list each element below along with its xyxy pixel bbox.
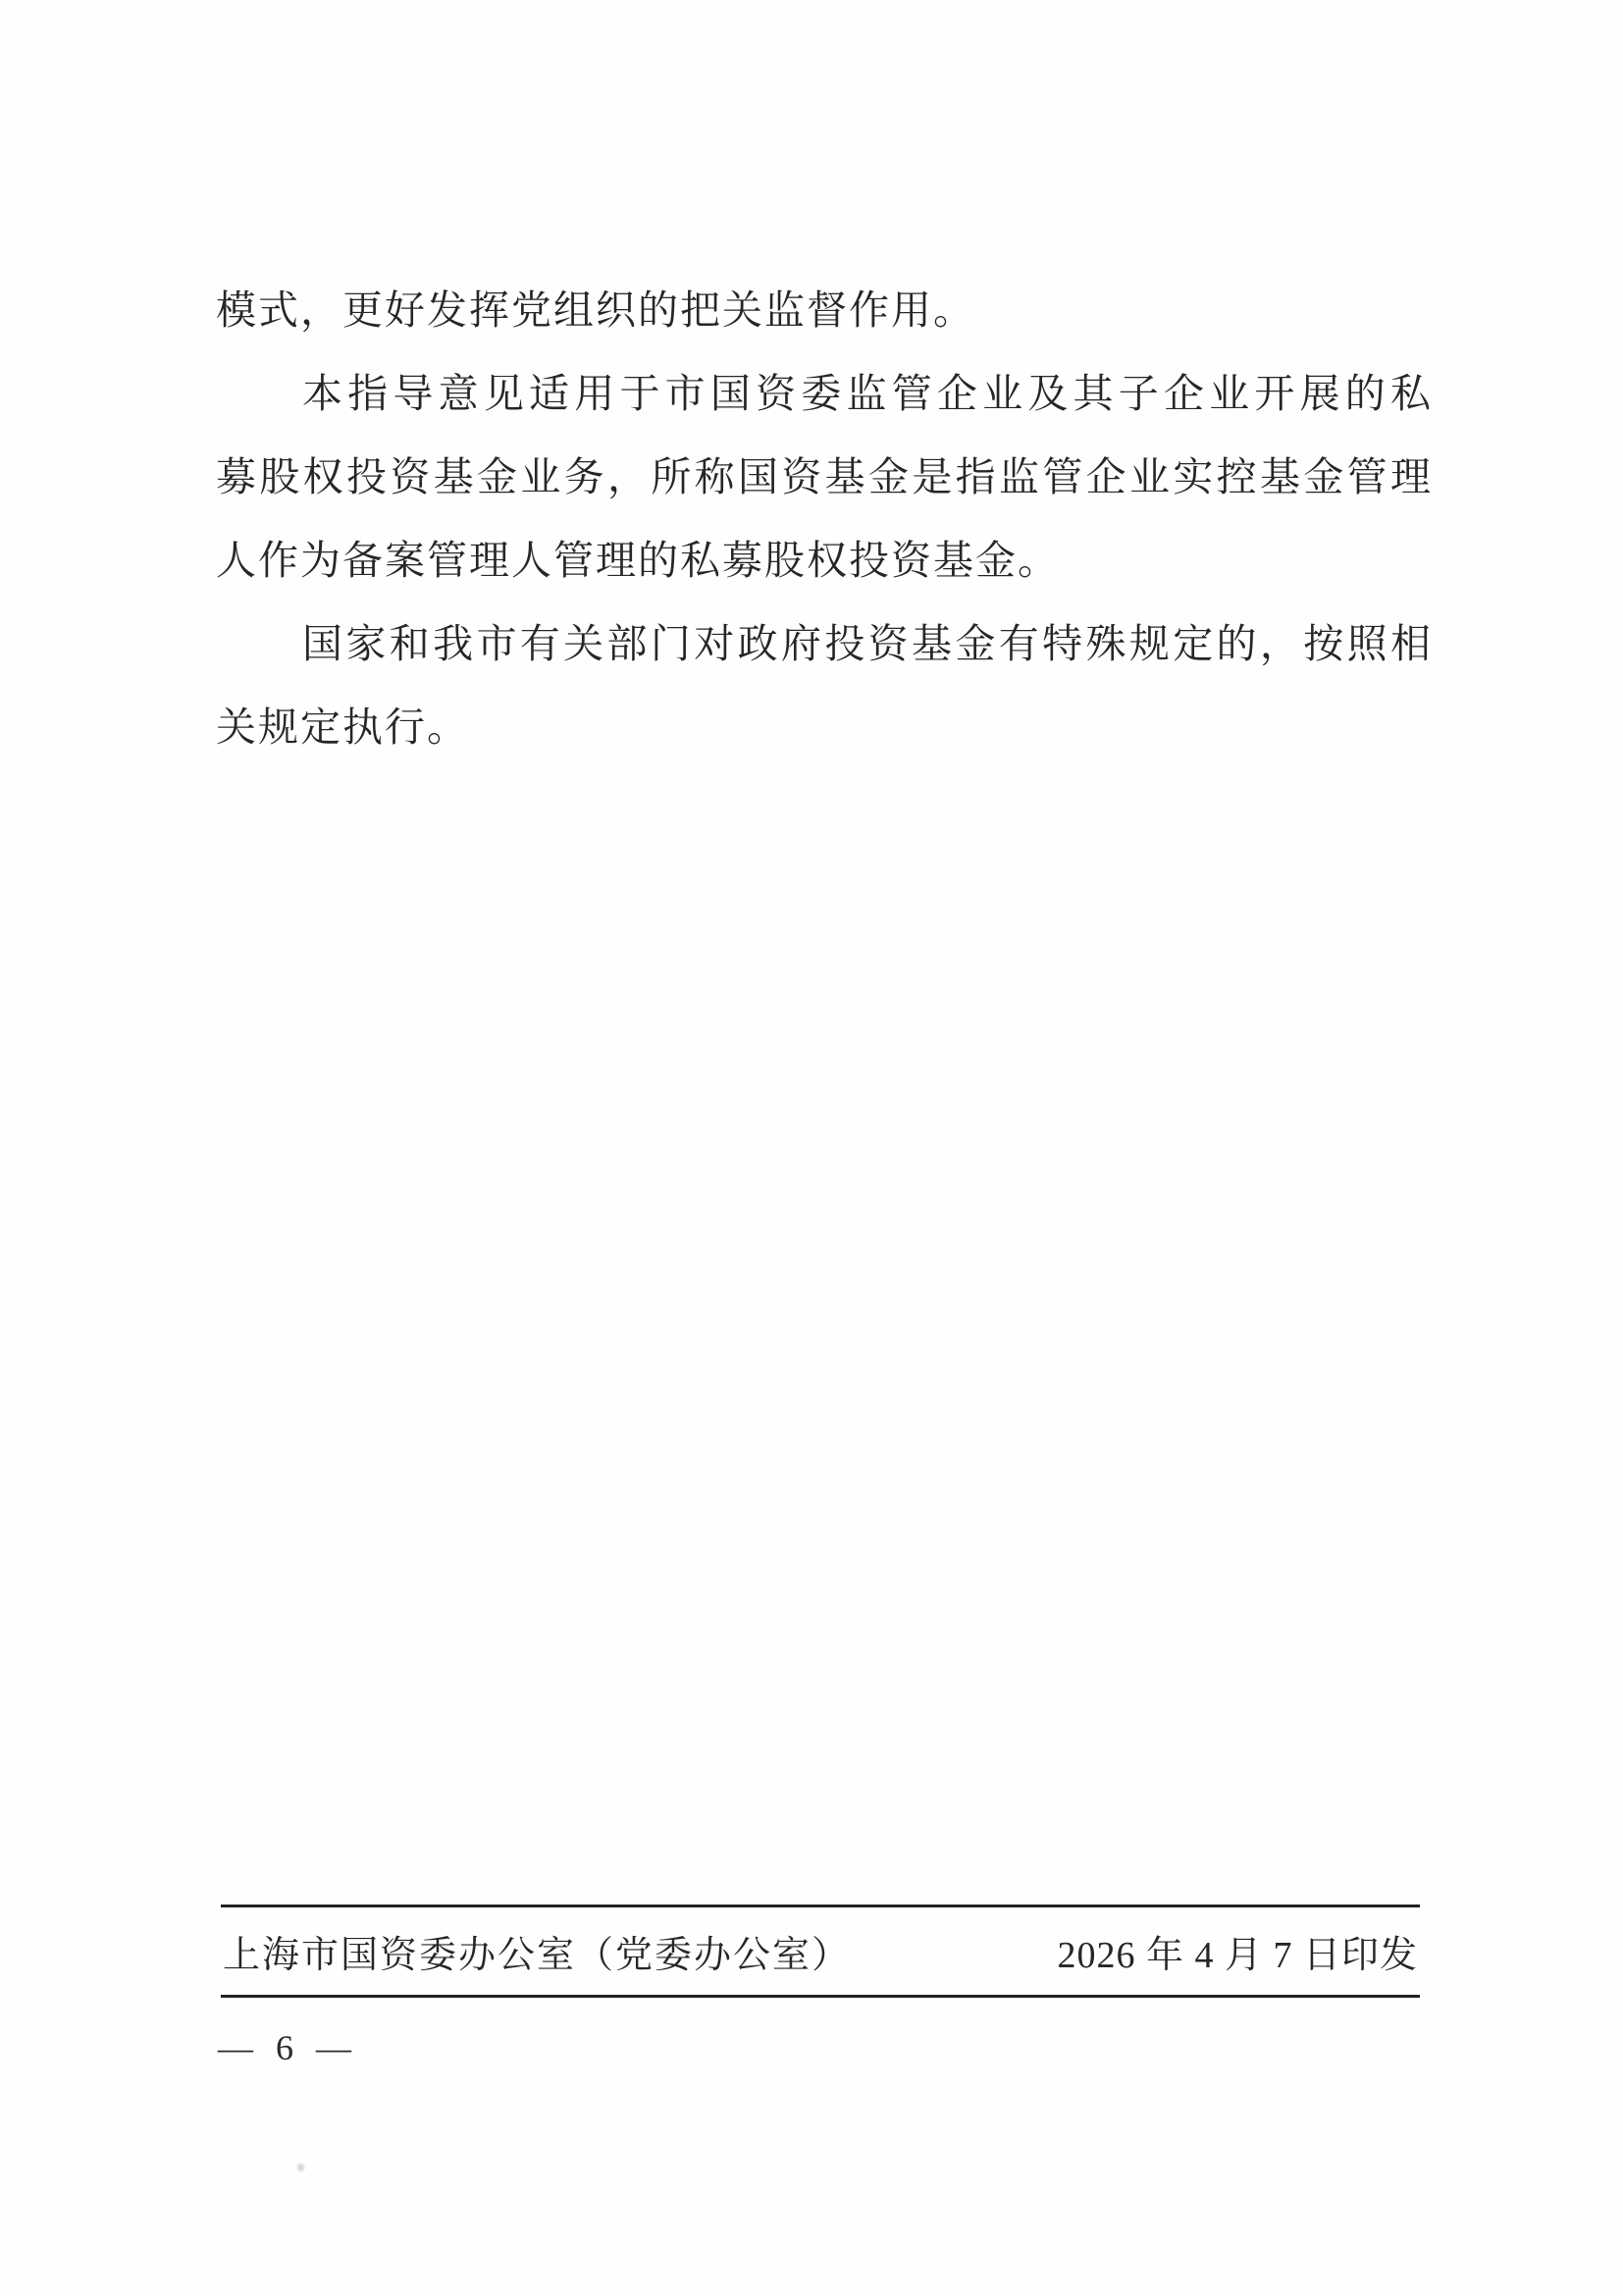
body-line-6: 关规定执行。 [216,686,1433,769]
document-body: 模式，更好发挥党组织的把关监督作用。 本指导意见适用于市国资委监管企业及其子企业… [216,269,1433,769]
page-number: — 6 — [218,2027,352,2068]
footer-print-date: 2026 年 4 月 7 日印发 [1057,1924,1420,1978]
scan-artifact-speck [297,2164,304,2171]
document-footer: 上海市国资委办公室（党委办公室） 2026 年 4 月 7 日印发 [221,1905,1420,1998]
body-line-2: 本指导意见适用于市国资委监管企业及其子企业开展的私 [216,352,1433,436]
body-line-3: 募股权投资基金业务，所称国资基金是指监管企业实控基金管理 [216,436,1433,519]
body-line-4: 人作为备案管理人管理的私募股权投资基金。 [216,519,1433,602]
body-line-5: 国家和我市有关部门对政府投资基金有特殊规定的，按照相 [216,602,1433,686]
body-line-1: 模式，更好发挥党组织的把关监督作用。 [216,269,1433,352]
footer-issuing-office: 上海市国资委办公室（党委办公室） [221,1924,851,1978]
document-page: 模式，更好发挥党组织的把关监督作用。 本指导意见适用于市国资委监管企业及其子企业… [0,0,1623,2296]
